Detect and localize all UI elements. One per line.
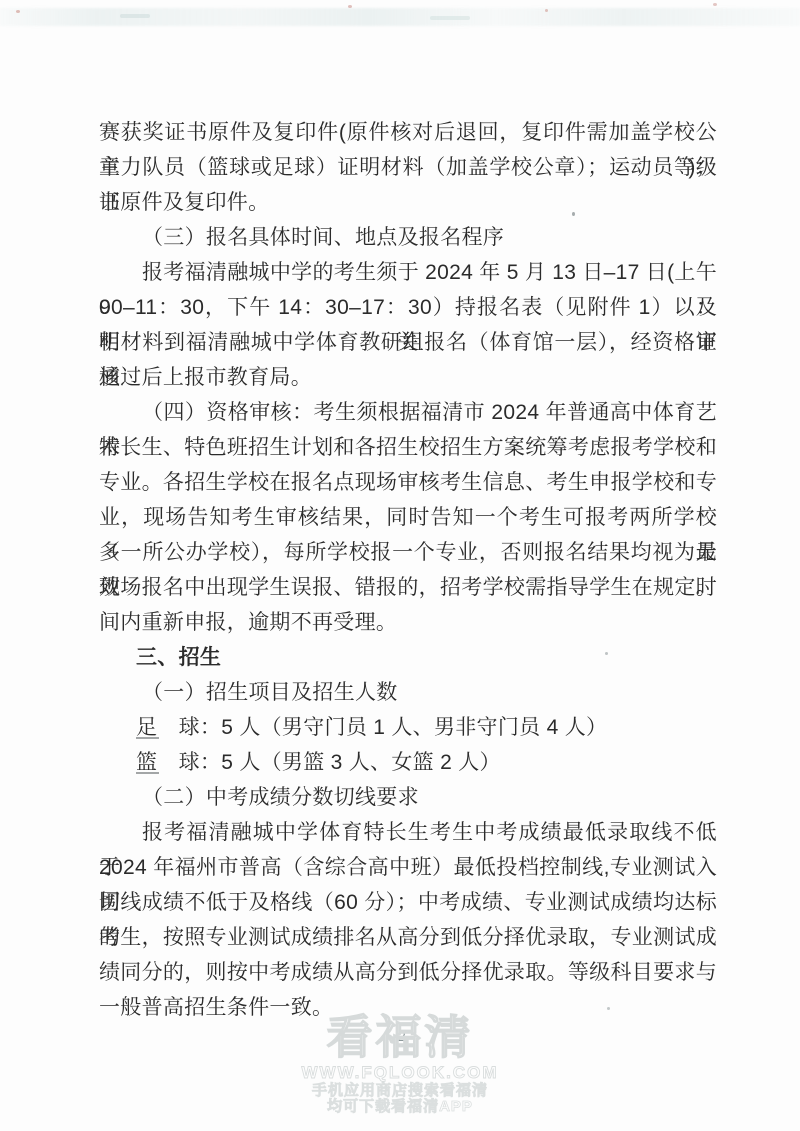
underline-mark xyxy=(136,737,159,739)
scan-speck xyxy=(713,3,717,6)
scan-speck xyxy=(430,16,470,20)
document-page: 赛获奖证书原件及复印件(原件核对后退回，复印件需加盖学校公章)；主力队员（篮球或… xyxy=(0,0,800,1131)
text-line: 主力队员（篮球或足球）证明材料（加盖学校公章）；运动员等级证 xyxy=(99,150,717,185)
scan-speck xyxy=(120,14,150,18)
text-line: 间内重新申报，逾期不再受理。 xyxy=(99,605,717,640)
text-line: 业，现场告知考生审核结果，同时告知一个考生可报考两所学校（最 xyxy=(99,500,717,535)
text-line: 足 球：5 人（男守门员 1 人、男非守门员 4 人） xyxy=(99,710,717,745)
text-line: 考生，按照专业测试成绩排名从高分到低分择优录取，专业测试成 xyxy=(99,920,717,955)
scan-speck xyxy=(16,10,20,13)
text-line: 赛获奖证书原件及复印件(原件核对后退回，复印件需加盖学校公章)； xyxy=(99,115,717,150)
watermark-url: WWW.FQLOOK.COM xyxy=(0,1062,800,1083)
text-line: （一）招生项目及招生人数 xyxy=(99,675,717,710)
text-line: 篮 球：5 人（男篮 3 人、女篮 2 人） xyxy=(99,745,717,780)
scan-speck xyxy=(545,9,548,12)
document-body: 赛获奖证书原件及复印件(原件核对后退回，复印件需加盖学校公章)；主力队员（篮球或… xyxy=(99,115,717,1025)
scan-speck xyxy=(348,5,352,8)
text-line: 通过后上报市教育局。 xyxy=(99,360,717,395)
text-line: 一般普高招生条件一致。 xyxy=(99,990,717,1025)
text-line: 报考福清融城中学体育特长生考生中考成绩最低录取线不低于 xyxy=(99,815,717,850)
watermark-app-line-2: 均可下载看福清APP xyxy=(0,1099,800,1115)
underline-mark xyxy=(136,772,159,774)
text-line: 切线成绩不低于及格线（60 分）；中考成绩、专业测试成绩均达标的 xyxy=(99,885,717,920)
text-line: 绩同分的，则按中考成绩从高分到低分择优录取。等级科目要求与 xyxy=(99,955,717,990)
watermark-app-line-1: 手机应用商店搜索看福清 xyxy=(0,1083,800,1099)
text-line: 现场报名中出现学生误报、错报的，招考学校需指导学生在规定时 xyxy=(99,570,717,605)
text-line: （三）报名具体时间、地点及报名程序 xyxy=(99,220,717,255)
text-line: 报考福清融城中学的考生须于 2024 年 5 月 13 日–17 日(上午 9： xyxy=(99,255,717,290)
text-line: 三、招生 xyxy=(99,640,717,675)
text-line: 00–11：30，下午 14：30–17：30）持报名表（见附件 1）以及相关证 xyxy=(99,290,717,325)
text-line: 书原件及复印件。 xyxy=(99,185,717,220)
text-line: 特长生、特色班招生计划和各招生校招生方案统筹考虑报考学校和 xyxy=(99,430,717,465)
text-line: （二）中考成绩分数切线要求 xyxy=(99,780,717,815)
text-line: 专业。各招生学校在报名点现场审核考生信息、考生申报学校和专 xyxy=(99,465,717,500)
page-number: 2 xyxy=(398,1028,406,1044)
text-line: 2024 年福州市普高（含综合高中班）最低投档控制线,专业测试入围 xyxy=(99,850,717,885)
text-line: 明材料到福清融城中学体育教研组报名（体育馆一层），经资格审核 xyxy=(99,325,717,360)
text-line: （四）资格审核：考生须根据福清市 2024 年普通高中体育艺术 xyxy=(99,395,717,430)
text-line: 多一所公办学校），每所学校报一个专业，否则报名结果均视为无效。 xyxy=(99,535,717,570)
